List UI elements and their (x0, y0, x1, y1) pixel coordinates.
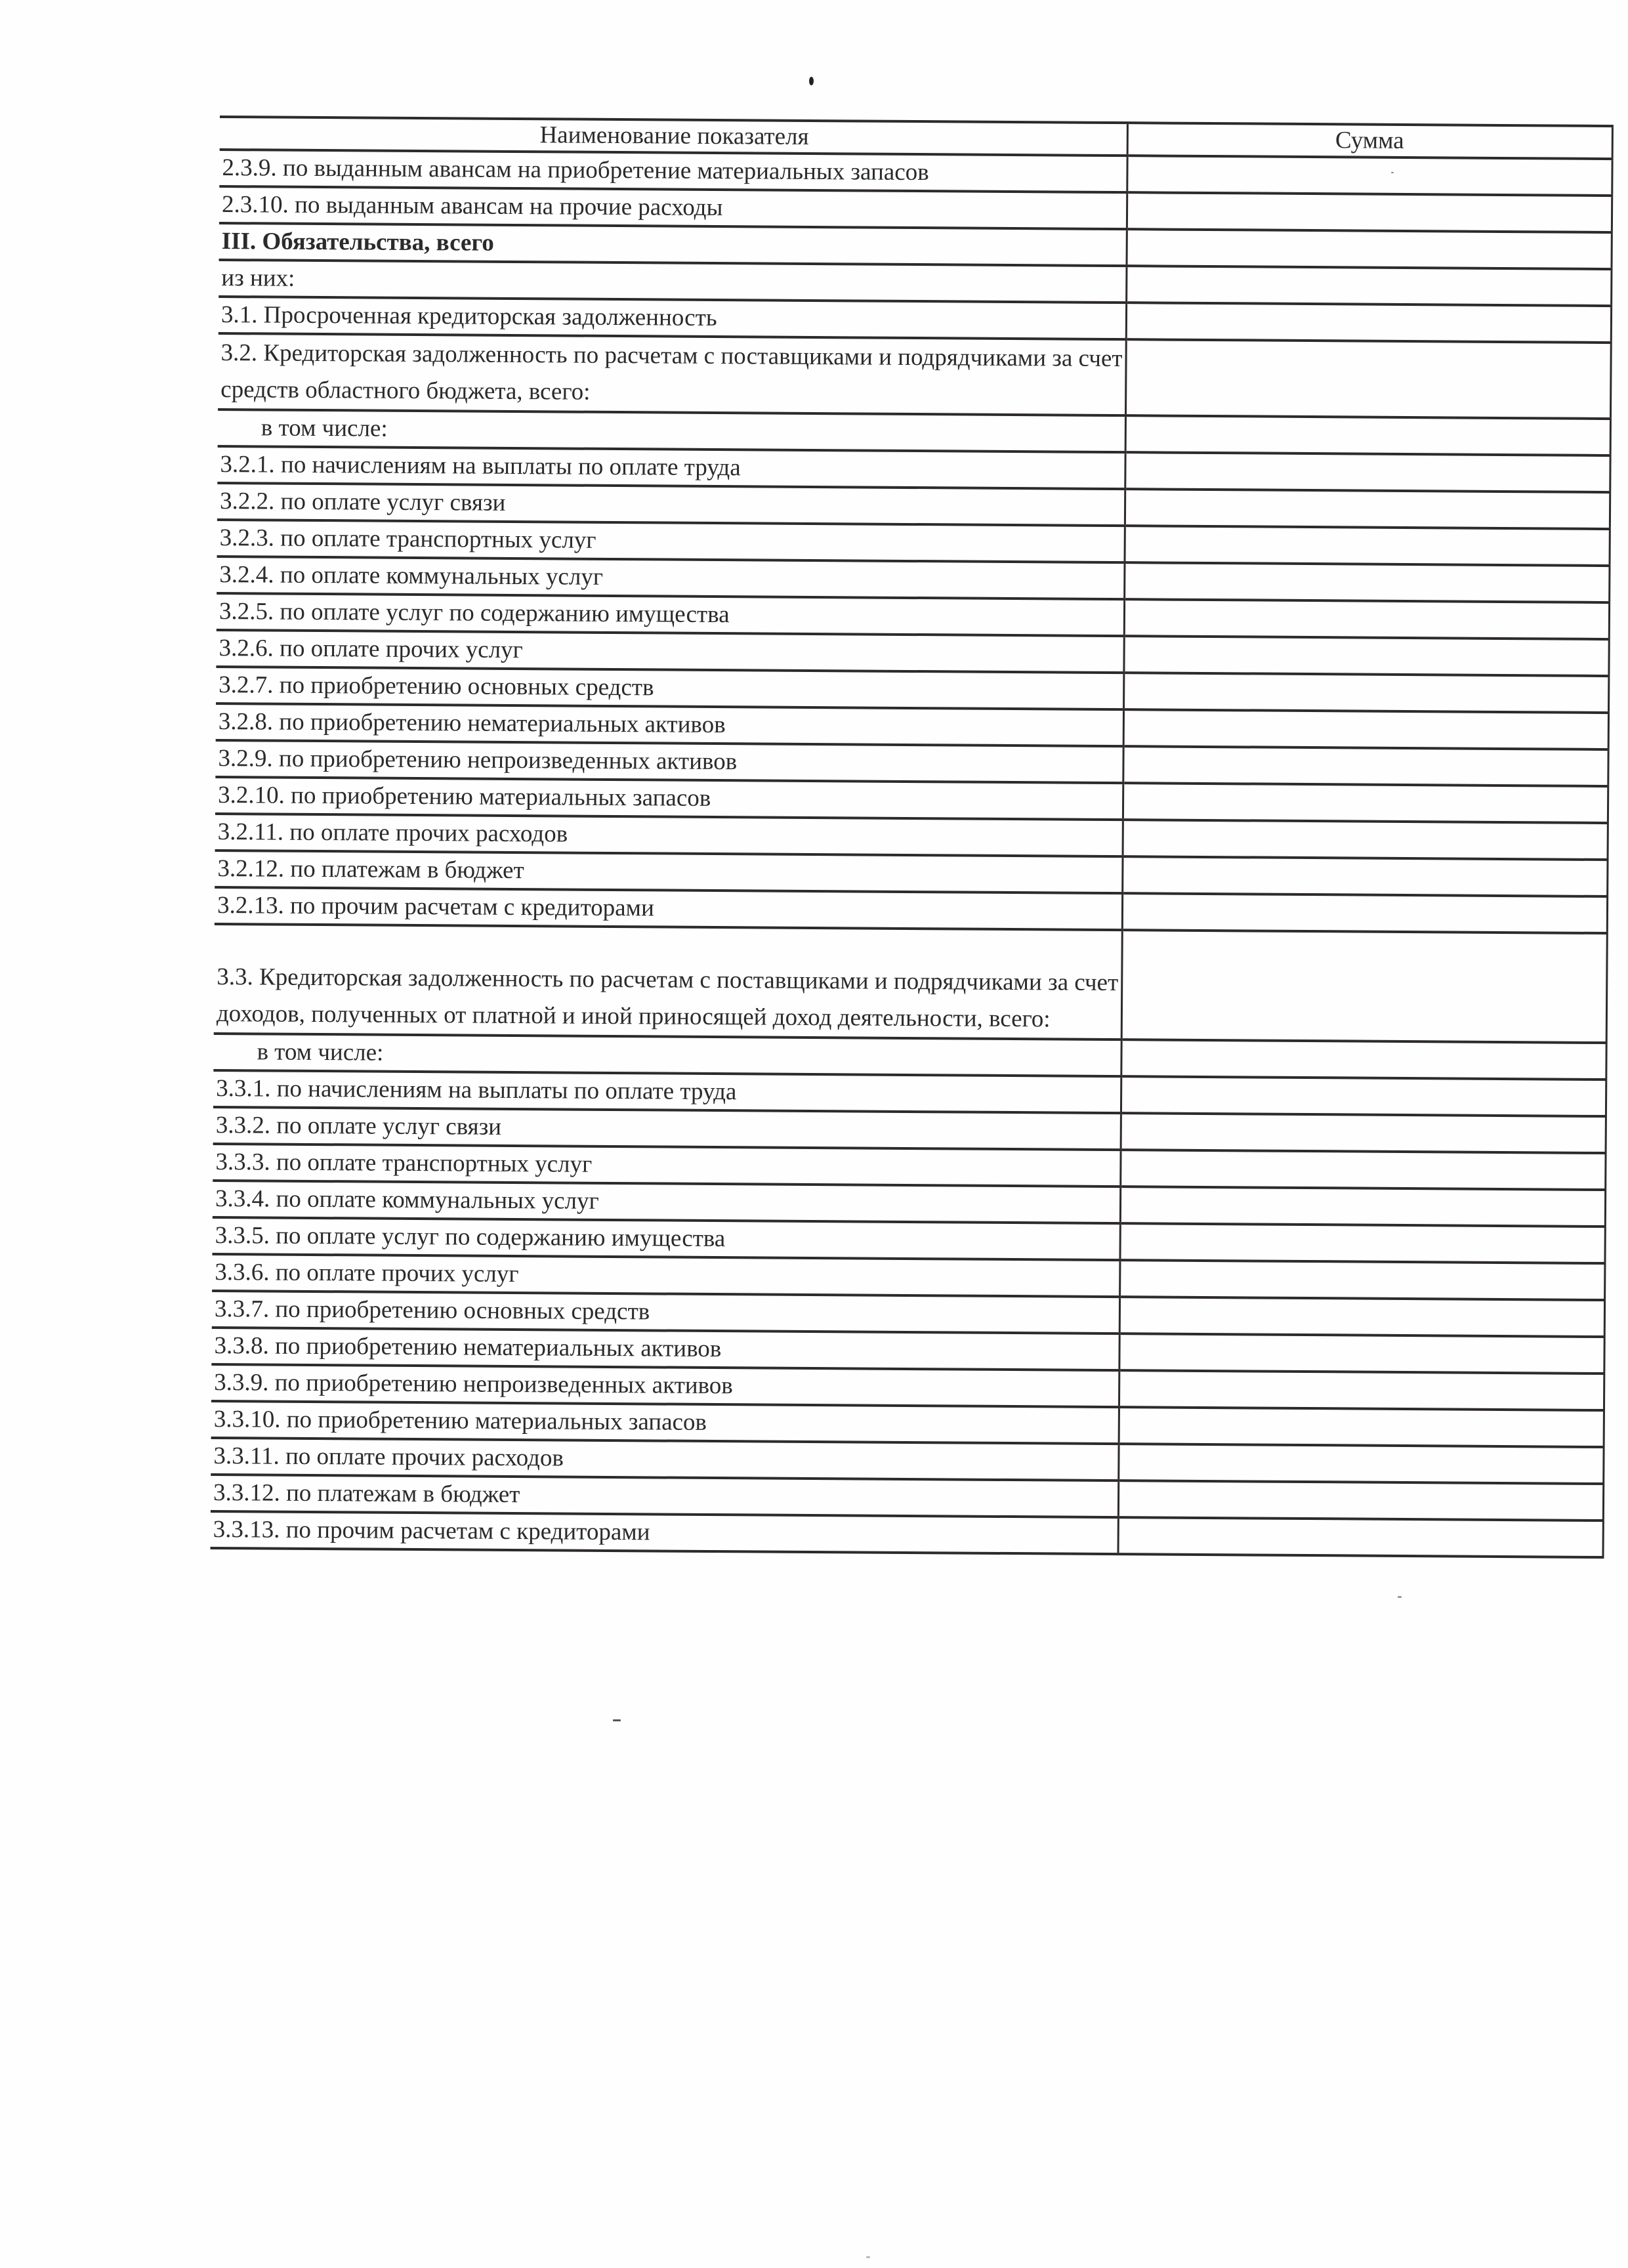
sum-cell[interactable] (1118, 1480, 1603, 1521)
table-row: 3.2. Кредиторская задолженность по расче… (218, 333, 1611, 419)
indicator-name-cell: 3.2.13. по прочим расчетам с кредиторами (215, 887, 1122, 930)
sum-cell[interactable] (1119, 1297, 1604, 1337)
indicator-name-cell: 3.3.5. по оплате услуг по содержанию иму… (212, 1217, 1119, 1260)
sum-cell[interactable] (1123, 746, 1608, 786)
sum-cell[interactable] (1125, 526, 1610, 566)
indicator-name-cell: 3.2.1. по начислениям на выплаты по опла… (217, 446, 1125, 489)
sum-cell[interactable] (1119, 1223, 1604, 1263)
sum-cell[interactable] (1125, 415, 1610, 455)
sum-cell[interactable] (1123, 709, 1608, 749)
indicator-name-cell: 3.2.5. по оплате услуг по содержанию иму… (217, 593, 1124, 636)
sum-cell[interactable] (1123, 673, 1608, 713)
sum-cell[interactable] (1124, 562, 1609, 602)
sum-cell[interactable] (1119, 1260, 1604, 1300)
sum-cell[interactable] (1119, 1407, 1604, 1447)
sum-cell[interactable] (1127, 229, 1612, 269)
indicator-name-cell: 3.2.12. по платежам в бюджет (215, 850, 1122, 893)
sum-cell[interactable] (1124, 599, 1609, 639)
indicator-name-cell: 3.2.6. по оплате прочих услуг (216, 630, 1123, 673)
sum-cell[interactable] (1121, 1076, 1606, 1116)
sum-cell[interactable] (1123, 636, 1608, 676)
indicator-name-cell: 3.1. Просроченная кредиторская задолженн… (219, 297, 1126, 339)
indicator-name-cell: 3.2.2. по оплате услуг связи (217, 483, 1125, 526)
sum-cell[interactable] (1125, 339, 1611, 419)
sum-cell[interactable] (1120, 1150, 1605, 1190)
indicator-name-cell: 3.3.1. по начислениям на выплаты по опла… (213, 1070, 1121, 1113)
indicator-name-cell: 3.3.10. по приобретению материальных зап… (211, 1401, 1119, 1444)
sum-cell[interactable] (1120, 1186, 1605, 1227)
table-row: 3.3. Кредиторская задолженность по расче… (214, 924, 1607, 1043)
sum-cell[interactable] (1118, 1444, 1603, 1484)
indicator-name-cell: 3.3.8. по приобретению нематериальных ак… (211, 1328, 1119, 1370)
indicator-name-cell: 3.2.3. по оплате транспортных услуг (217, 520, 1125, 562)
scanned-page: Наименование показателя Сумма 2.3.9. по … (0, 0, 1628, 2268)
scan-speck (1398, 1596, 1402, 1598)
indicator-name-cell: в том числе: (213, 1034, 1121, 1076)
indicator-name-cell: из них: (219, 260, 1126, 303)
indicator-name-cell: 3.2.4. по оплате коммунальных услуг (217, 556, 1124, 599)
indicators-table: Наименование показателя Сумма 2.3.9. по … (211, 115, 1614, 1559)
sum-cell[interactable] (1121, 930, 1607, 1043)
indicator-name-cell: 3.2. Кредиторская задолженность по расче… (218, 333, 1126, 415)
sum-cell[interactable] (1122, 856, 1607, 896)
sum-cell[interactable] (1119, 1370, 1604, 1410)
indicator-name-cell: в том числе: (218, 409, 1125, 452)
sum-cell[interactable] (1127, 156, 1612, 196)
sum-cell[interactable] (1117, 1517, 1602, 1557)
indicator-name-cell: III. Обязательства, всего (219, 223, 1127, 266)
column-header-sum: Сумма (1127, 123, 1612, 159)
table-body: 2.3.9. по выданным авансам на приобретен… (211, 150, 1612, 1557)
indicator-name-cell: 3.3. Кредиторская задолженность по расче… (214, 924, 1122, 1039)
indicator-name-cell: 3.3.9. по приобретению непроизведенных а… (211, 1364, 1119, 1407)
indicator-name-cell: 3.3.3. по оплате транспортных услуг (213, 1144, 1120, 1186)
sum-cell[interactable] (1125, 452, 1610, 492)
sum-cell[interactable] (1121, 1039, 1606, 1080)
indicator-name-cell: 3.3.13. по прочим расчетам с кредиторами (211, 1511, 1118, 1554)
indicator-name-cell: 3.2.9. по приобретению непроизведенных а… (215, 740, 1123, 783)
sum-cell[interactable] (1122, 893, 1607, 933)
indicator-name-cell: 3.2.7. по приобретению основных средств (216, 667, 1123, 709)
sum-cell[interactable] (1123, 820, 1608, 860)
indicator-name-cell: 2.3.9. по выданным авансам на приобретен… (219, 150, 1127, 192)
sum-cell[interactable] (1123, 783, 1608, 823)
sum-cell[interactable] (1125, 489, 1610, 529)
sum-cell[interactable] (1119, 1333, 1604, 1374)
sum-cell[interactable] (1121, 1113, 1606, 1153)
scan-speck (613, 1719, 621, 1721)
sum-cell[interactable] (1126, 266, 1611, 306)
indicator-name-cell: 3.3.4. по оплате коммунальных услуг (213, 1181, 1120, 1223)
column-header-indicator-name: Наименование показателя (220, 117, 1127, 156)
sum-cell[interactable] (1126, 303, 1611, 343)
indicator-name-cell: 2.3.10. по выданным авансам на прочие ра… (219, 186, 1127, 229)
indicator-name-cell: 3.2.8. по приобретению нематериальных ак… (216, 703, 1123, 746)
indicator-name-cell: 3.3.7. по приобретению основных средств (212, 1291, 1119, 1333)
indicator-name-cell: 3.2.11. по оплате прочих расходов (215, 814, 1123, 856)
scan-dot-mark (809, 77, 814, 85)
indicator-name-cell: 3.3.6. по оплате прочих услуг (212, 1254, 1119, 1297)
scan-speck (866, 2256, 870, 2258)
indicator-name-cell: 3.3.2. по оплате услуг связи (213, 1107, 1121, 1150)
indicator-name-cell: 3.3.12. по платежам в бюджет (211, 1475, 1118, 1517)
sum-cell[interactable] (1127, 192, 1612, 232)
indicator-name-cell: 3.2.10. по приобретению материальных зап… (215, 777, 1123, 820)
indicator-name-cell: 3.3.11. по оплате прочих расходов (211, 1438, 1118, 1480)
